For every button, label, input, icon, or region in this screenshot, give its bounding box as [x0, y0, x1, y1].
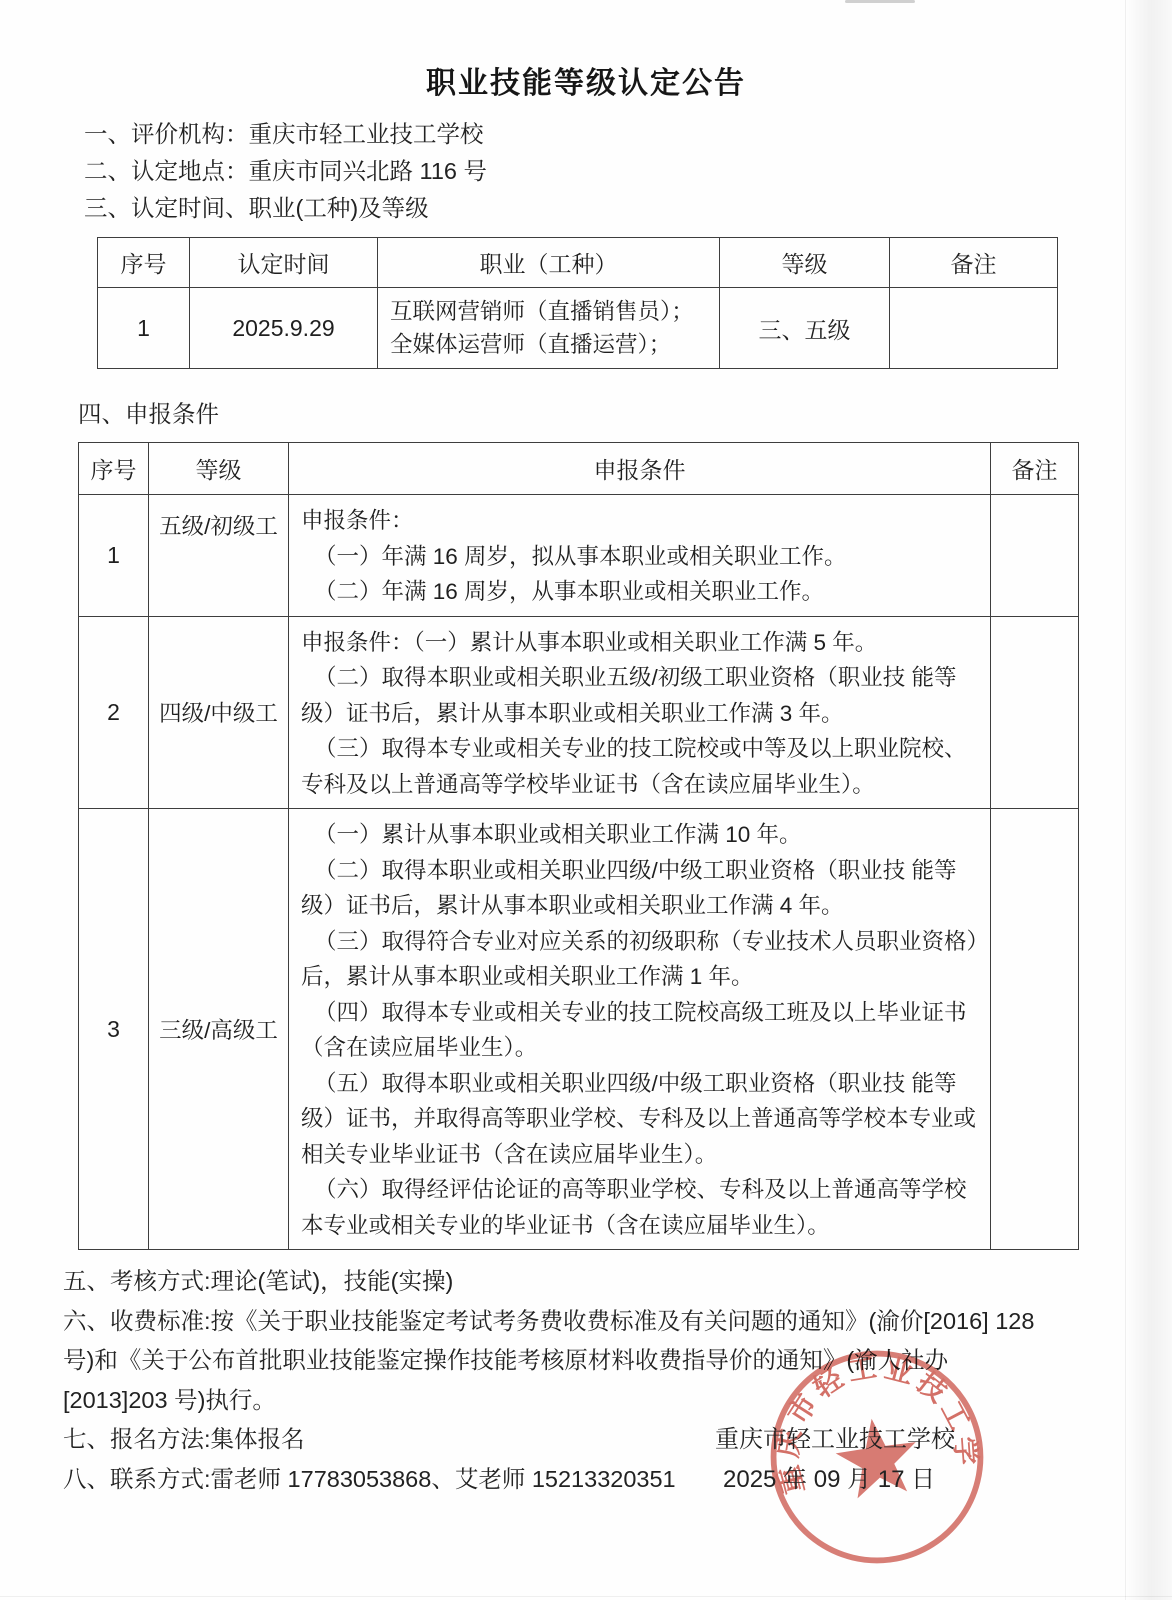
- criteria-paragraph: （二）取得本职业或相关职业五级/初级工职业资格（职业技 能等级）证书后，累计从事…: [301, 660, 978, 731]
- signature-organization: 重庆市轻工业技工学校: [715, 1420, 955, 1460]
- conditions-cell-remark: [991, 809, 1079, 1250]
- conditions-cell-no: 2: [79, 616, 149, 809]
- conditions-header-remark: 备注: [991, 443, 1079, 495]
- occupation-line: 全媒体运营师（直播运营）；: [390, 328, 711, 361]
- scan-edge-shadow: [1125, 0, 1172, 1600]
- schedule-header-occupation: 职业（工种）: [378, 238, 720, 288]
- schedule-row: 1 2025.9.29 互联网营销师（直播销售员）； 全媒体运营师（直播运营）；…: [98, 288, 1058, 369]
- schedule-header-no: 序号: [98, 238, 190, 288]
- conditions-cell-level: 四级/中级工: [149, 616, 289, 809]
- criteria-paragraph: （六）取得经评估论证的高等职业学校、专科及以上普通高等学校本专业或相关专业的毕业…: [301, 1172, 978, 1243]
- schedule-header-row: 序号 认定时间 职业（工种） 等级 备注: [98, 238, 1058, 288]
- note-line: 五、考核方式:理论(笔试)，技能(实操): [63, 1262, 1115, 1302]
- signature-date: 2025 年 09 月 17 日: [715, 1460, 955, 1500]
- intro-item-evaluator: 一、评价机构：重庆市轻工业技工学校: [84, 116, 1172, 153]
- schedule-cell-occupation: 互联网营销师（直播销售员）； 全媒体运营师（直播运营）；: [378, 288, 720, 369]
- note-assessment-method: 五、考核方式:理论(笔试)，技能(实操): [63, 1262, 1115, 1302]
- conditions-header-no: 序号: [79, 443, 149, 495]
- conditions-cell-remark: [991, 616, 1079, 809]
- page-title: 职业技能等级认定公告: [0, 0, 1172, 102]
- schedule-header-remark: 备注: [890, 238, 1058, 288]
- criteria-paragraph: 申报条件：: [301, 503, 978, 539]
- scan-bottom-line: [0, 1596, 1172, 1597]
- intro-item-location: 二、认定地点：重庆市同兴北路 116 号: [84, 153, 1172, 190]
- conditions-cell-no: 1: [79, 495, 149, 617]
- conditions-cell-remark: [991, 495, 1079, 617]
- conditions-cell-level: 三级/高级工: [149, 809, 289, 1250]
- intro-item-schedule: 三、认定时间、职业(工种)及等级: [84, 190, 1172, 227]
- schedule-cell-remark: [890, 288, 1058, 369]
- criteria-paragraph: （三）取得本专业或相关专业的技工院校或中等及以上职业院校、专科及以上普通高等学校…: [301, 731, 978, 802]
- occupation-line: 互联网营销师（直播销售员）；: [390, 295, 711, 328]
- conditions-row-intermediate: 2 四级/中级工 申报条件：（一）累计从事本职业或相关职业工作满 5 年。 （二…: [79, 616, 1079, 809]
- schedule-cell-level: 三、五级: [720, 288, 890, 369]
- conditions-cell-no: 3: [79, 809, 149, 1250]
- conditions-cell-criteria: （一）累计从事本职业或相关职业工作满 10 年。 （二）取得本职业或相关职业四级…: [289, 809, 991, 1250]
- conditions-cell-criteria: 申报条件：（一）累计从事本职业或相关职业工作满 5 年。 （二）取得本职业或相关…: [289, 616, 991, 809]
- schedule-cell-no: 1: [98, 288, 190, 369]
- schedule-header-level: 等级: [720, 238, 890, 288]
- criteria-paragraph: （五）取得本职业或相关职业四级/中级工职业资格（职业技 能等级）证书，并取得高等…: [301, 1066, 978, 1173]
- conditions-cell-level: 五级/初级工: [149, 495, 289, 617]
- schedule-table: 序号 认定时间 职业（工种） 等级 备注 1 2025.9.29 互联网营销师（…: [97, 237, 1058, 369]
- intro-list: 一、评价机构：重庆市轻工业技工学校 二、认定地点：重庆市同兴北路 116 号 三…: [84, 116, 1172, 227]
- conditions-row-senior: 3 三级/高级工 （一）累计从事本职业或相关职业工作满 10 年。 （二）取得本…: [79, 809, 1079, 1250]
- criteria-paragraph: （四）取得本专业或相关专业的技工院校高级工班及以上毕业证书（含在读应届毕业生）。: [301, 995, 978, 1066]
- schedule-header-date: 认定时间: [190, 238, 378, 288]
- conditions-cell-criteria: 申报条件： （一）年满 16 周岁，拟从事本职业或相关职业工作。 （二）年满 1…: [289, 495, 991, 617]
- criteria-paragraph: （二）年满 16 周岁，从事本职业或相关职业工作。: [301, 574, 978, 610]
- conditions-header-level: 等级: [149, 443, 289, 495]
- criteria-paragraph: （一）累计从事本职业或相关职业工作满 10 年。: [301, 817, 978, 853]
- criteria-paragraph: 申报条件：（一）累计从事本职业或相关职业工作满 5 年。: [301, 625, 978, 661]
- criteria-paragraph: （二）取得本职业或相关职业四级/中级工职业资格（职业技 能等级）证书后，累计从事…: [301, 853, 978, 924]
- criteria-paragraph: （一）年满 16 周岁，拟从事本职业或相关职业工作。: [301, 539, 978, 575]
- conditions-row-junior: 1 五级/初级工 申报条件： （一）年满 16 周岁，拟从事本职业或相关职业工作…: [79, 495, 1079, 617]
- schedule-cell-date: 2025.9.29: [190, 288, 378, 369]
- conditions-header-row: 序号 等级 申报条件 备注: [79, 443, 1079, 495]
- signature-block: 重庆市轻工业技工学校 2025 年 09 月 17 日: [715, 1420, 955, 1500]
- criteria-paragraph: （三）取得符合专业对应关系的初级职称（专业技术人员职业资格）后，累计从事本职业或…: [301, 924, 978, 995]
- section-four-heading: 四、申报条件: [78, 395, 1172, 429]
- announcement-document: 职业技能等级认定公告 一、评价机构：重庆市轻工业技工学校 二、认定地点：重庆市同…: [0, 0, 1172, 1600]
- conditions-header-criteria: 申报条件: [289, 443, 991, 495]
- conditions-table: 序号 等级 申报条件 备注 1 五级/初级工 申报条件： （一）年满 16 周岁…: [78, 442, 1079, 1250]
- note-line: 六、收费标准:按《关于职业技能鉴定考试考务费收费标准及有关问题的通知》(渝价[2…: [63, 1302, 1115, 1342]
